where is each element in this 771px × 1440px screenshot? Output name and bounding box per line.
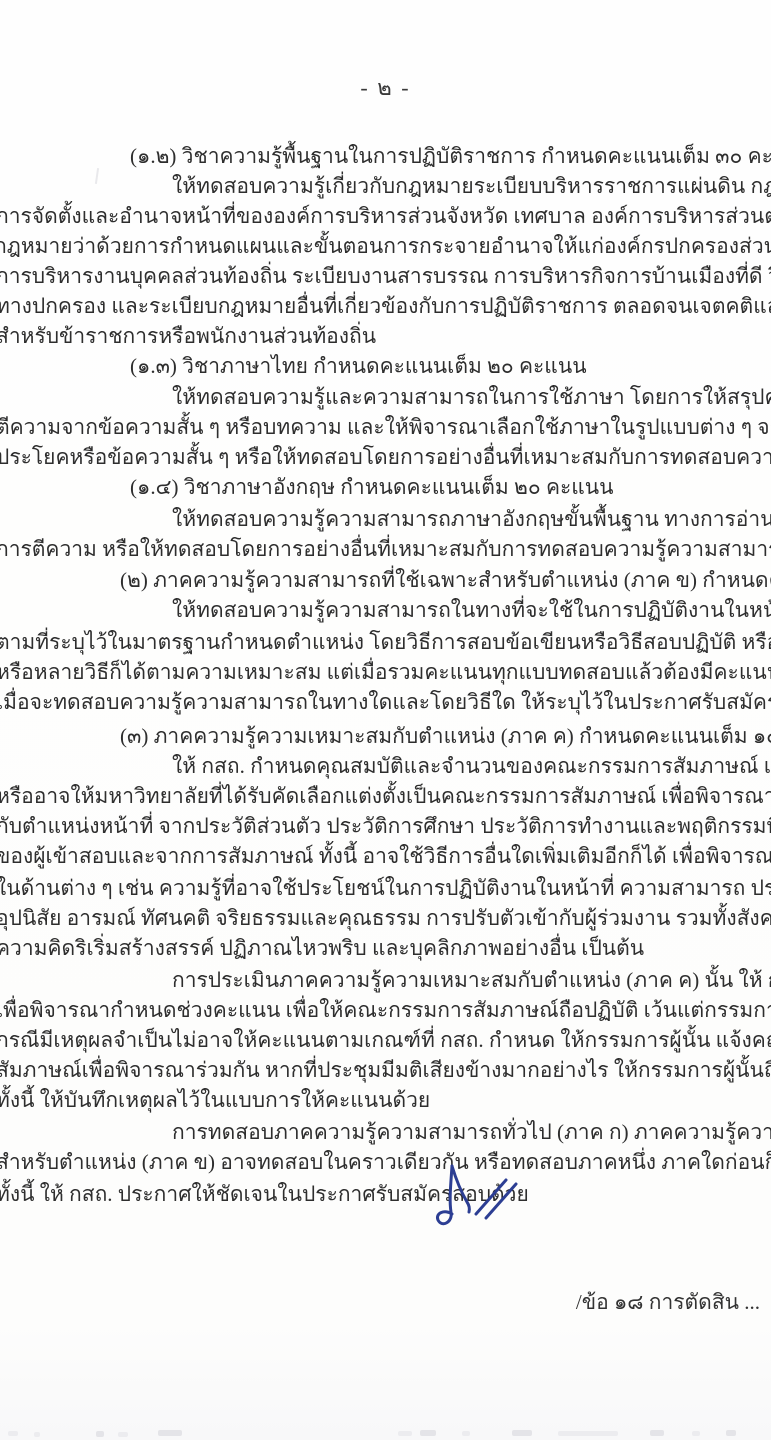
scan-artifact (34, 1432, 40, 1437)
text-line: ตามที่ระบุไว้ในมาตรฐานกำหนดตำแหน่ง โดยวิ… (0, 628, 771, 656)
text-line: สัมภาษณ์เพื่อพิจารณาร่วมกัน หากที่ประชุม… (0, 1056, 771, 1084)
scan-artifact (118, 1432, 128, 1437)
scan-artifact (726, 1430, 736, 1436)
text-line: ทางปกครอง และระเบียบกฎหมายอื่นที่เกี่ยวข… (0, 292, 771, 320)
text-line: การทดสอบภาคความรู้ความสามารถทั่วไป (ภาค … (172, 1118, 771, 1146)
text-line: (๓) ภาคความรู้ความเหมาะสมกับตำแหน่ง (ภาค… (120, 722, 771, 750)
scan-artifact (650, 1430, 664, 1436)
text-line: (๑.๔) วิชาภาษาอังกฤษ กำหนดคะแนนเต็ม ๒๐ ค… (130, 473, 614, 501)
text-line: (๒) ภาคความรู้ความสามารถที่ใช้เฉพาะสำหรั… (120, 566, 771, 594)
text-line: ให้ทดสอบความรู้และความสามารถในการใช้ภาษา… (172, 383, 771, 411)
text-line: หรืออาจให้มหาวิทยาลัยที่ได้รับคัดเลือกแต… (0, 782, 771, 810)
text-line: การบริหารงานบุคคลส่วนท้องถิ่น ระเบียบงาน… (0, 262, 771, 290)
text-line: กฎหมายว่าด้วยการกำหนดแผนและขั้นตอนการกระ… (0, 232, 771, 260)
scan-artifact (462, 1431, 470, 1436)
text-line: ของผู้เข้าสอบและจากการสัมภาษณ์ ทั้งนี้ อ… (0, 842, 771, 870)
text-line: ทั้งนี้ ให้บันทึกเหตุผลไว้ในแบบการให้คะแ… (0, 1086, 430, 1114)
scan-artifact (398, 1431, 412, 1436)
text-line: อุปนิสัย อารมณ์ ทัศนคติ จริยธรรมและคุณธร… (0, 904, 771, 932)
text-line: ให้ทดสอบความรู้ความสามารถในทางที่จะใช้ใน… (172, 596, 771, 624)
scan-artifact (420, 1430, 436, 1436)
text-line: สำหรับข้าราชการหรือพนักงานส่วนท้องถิ่น (0, 322, 376, 350)
text-line: กับตำแหน่งหน้าที่ จากประวัติส่วนตัว ประว… (0, 812, 771, 840)
scan-artifact (8, 1431, 18, 1436)
scan-artifact (692, 1431, 700, 1436)
scan-artifact (96, 1431, 104, 1437)
scan-artifact (558, 1431, 618, 1436)
signature-ink (418, 1160, 538, 1245)
text-line: (๑.๒) วิชาความรู้พื้นฐานในการปฏิบัติราชก… (130, 142, 771, 170)
text-line: สำหรับตำแหน่ง (ภาค ข) อาจทดสอบในคราวเดีย… (0, 1148, 771, 1176)
text-line: ให้ทดสอบความรู้เกี่ยวกับกฎหมายระเบียบบริ… (172, 172, 771, 200)
text-line: ประโยคหรือข้อความสั้น ๆ หรือให้ทดสอบโดยก… (0, 443, 771, 471)
scanned-document-page: - ๒ - (๑.๒) วิชาความรู้พื้นฐานในการปฏิบั… (0, 0, 771, 1440)
text-line: ให้ กสถ. กำหนดคุณสมบัติและจำนวนของคณะกรร… (172, 752, 771, 780)
text-line: ความคิดริเริ่มสร้างสรรค์ ปฏิภาณไหวพริบ แ… (0, 934, 644, 962)
text-line: เมื่อจะทดสอบความรู้ความสามารถในทางใดและโ… (0, 688, 771, 716)
text-line: กรณีมีเหตุผลจำเป็นไม่อาจให้คะแนนตามเกณฑ์… (0, 1026, 771, 1054)
page-number: - ๒ - (0, 70, 771, 105)
text-line: ให้ทดสอบความรู้ความสามารถภาษาอังกฤษขั้นพ… (172, 505, 771, 533)
scan-artifact (95, 168, 99, 184)
text-line: การประเมินภาคความรู้ความเหมาะสมกับตำแหน่… (172, 966, 771, 994)
text-line: ตีความจากข้อความสั้น ๆ หรือบทความ และให้… (0, 413, 771, 441)
text-line: การจัดตั้งและอำนาจหน้าที่ขององค์การบริหา… (0, 202, 771, 230)
text-line: ในด้านต่าง ๆ เช่น ความรู้ที่อาจใช้ประโยช… (0, 874, 771, 902)
scan-artifact (158, 1430, 182, 1436)
scan-artifact (512, 1430, 532, 1436)
text-line: หรือหลายวิธีก็ได้ตามความเหมาะสม แต่เมื่อ… (0, 658, 771, 686)
text-line: เพื่อพิจารณากำหนดช่วงคะแนน เพื่อให้คณะกร… (0, 996, 771, 1024)
continuation-note: /ข้อ ๑๘ การตัดสิน ... (0, 1286, 760, 1319)
text-line: การตีความ หรือให้ทดสอบโดยการอย่างอื่นที่… (0, 535, 771, 563)
text-line: (๑.๓) วิชาภาษาไทย กำหนดคะแนนเต็ม ๒๐ คะแน… (130, 352, 587, 380)
